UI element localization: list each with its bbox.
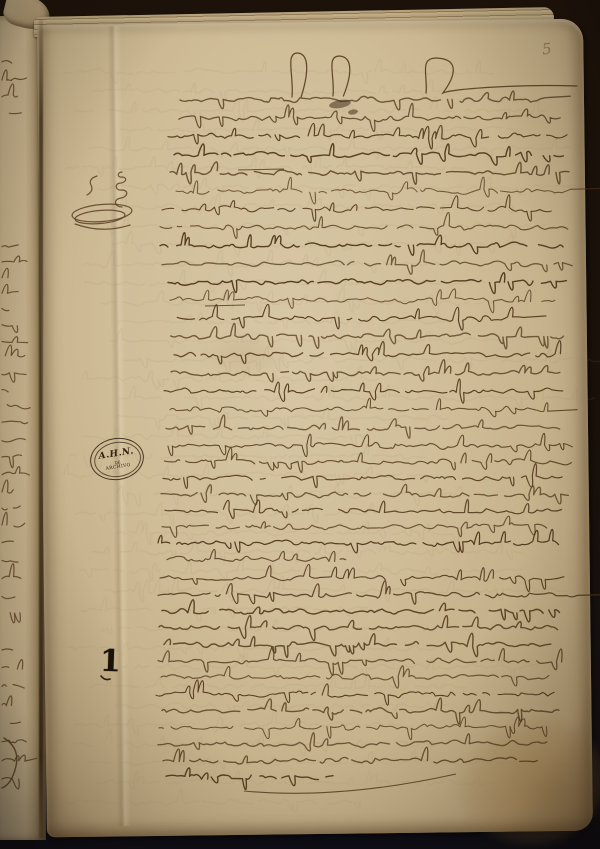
handwriting-ink [0, 0, 600, 849]
folio-number-stamp: 1 [99, 644, 121, 680]
manuscript-photo: 5 A.H.N. DE ARCHIVO 1 [0, 0, 600, 849]
archive-stamp-icon: A.H.N. DE ARCHIVO [87, 434, 147, 484]
stamp-word-archivo: ARCHIVO [105, 462, 131, 471]
